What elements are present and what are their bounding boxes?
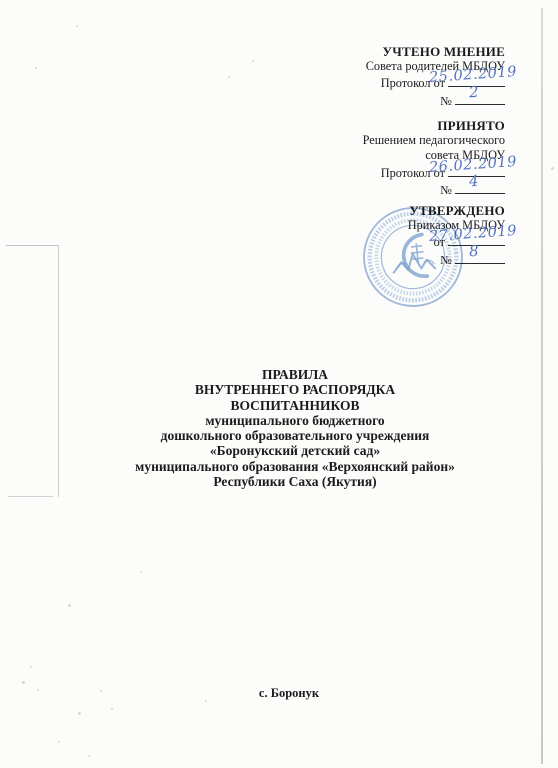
number-blank-line xyxy=(455,92,505,105)
dust-speck xyxy=(68,604,71,607)
approval-block-accepted: ПРИНЯТО Решением педагогического совета … xyxy=(245,118,505,198)
scan-copy-outline-tick xyxy=(8,496,53,497)
dust-speck xyxy=(78,712,81,715)
dust-speck xyxy=(228,76,230,78)
dust-speck xyxy=(30,666,32,668)
dust-speck xyxy=(22,681,25,684)
title-line: Республики Саха (Якутия) xyxy=(16,474,558,489)
dust-speck xyxy=(111,708,113,710)
dust-speck xyxy=(551,167,554,170)
title-line: «Боронукский детский сад» xyxy=(16,443,558,458)
date-blank-line xyxy=(448,74,505,87)
number-label: № xyxy=(440,94,452,108)
document-title: ПРАВИЛА ВНУТРЕННЕГО РАСПОРЯДКА ВОСПИТАНН… xyxy=(16,367,558,489)
dust-speck xyxy=(76,25,78,27)
approval-line: Совета родителей МБДОУ xyxy=(245,59,505,74)
protocol-number-row: № 2 xyxy=(245,92,505,109)
title-line: муниципального образования «Верхоянский … xyxy=(16,459,558,474)
date-blank-line xyxy=(448,164,505,177)
approval-block-opinion: УЧТЕНО МНЕНИЕ Совета родителей МБДОУ Про… xyxy=(245,44,505,109)
dust-speck xyxy=(35,67,37,69)
approval-line: Решением педагогического xyxy=(245,133,505,148)
number-blank-line xyxy=(455,181,505,194)
protocol-date-row: Протокол от 26.02.2019 xyxy=(245,164,505,181)
dust-speck xyxy=(140,571,142,573)
title-line: ВОСПИТАННИКОВ xyxy=(16,398,558,413)
title-line: дошкольного образовательного учреждения xyxy=(16,428,558,443)
title-line: ВНУТРЕННЕГО РАСПОРЯДКА xyxy=(16,382,558,397)
official-seal-stamp xyxy=(357,201,469,313)
protocol-date-row: Протокол от 25.02.2019 xyxy=(245,74,505,91)
protocol-label: Протокол от xyxy=(381,76,445,90)
title-line: ПРАВИЛА xyxy=(16,367,558,382)
number-label: № xyxy=(440,183,452,197)
approval-heading: УЧТЕНО МНЕНИЕ xyxy=(245,44,505,59)
approval-line: совета МБДОУ xyxy=(245,148,505,163)
dust-speck xyxy=(88,755,90,757)
title-line: муниципального бюджетного xyxy=(16,413,558,428)
protocol-label: Протокол от xyxy=(381,166,445,180)
scanned-document-page: УЧТЕНО МНЕНИЕ Совета родителей МБДОУ Про… xyxy=(0,0,558,768)
place-label: с. Боронук xyxy=(0,686,558,701)
dust-speck xyxy=(58,741,60,743)
approval-heading: ПРИНЯТО xyxy=(245,118,505,133)
protocol-number-row: № 4 xyxy=(245,181,505,198)
